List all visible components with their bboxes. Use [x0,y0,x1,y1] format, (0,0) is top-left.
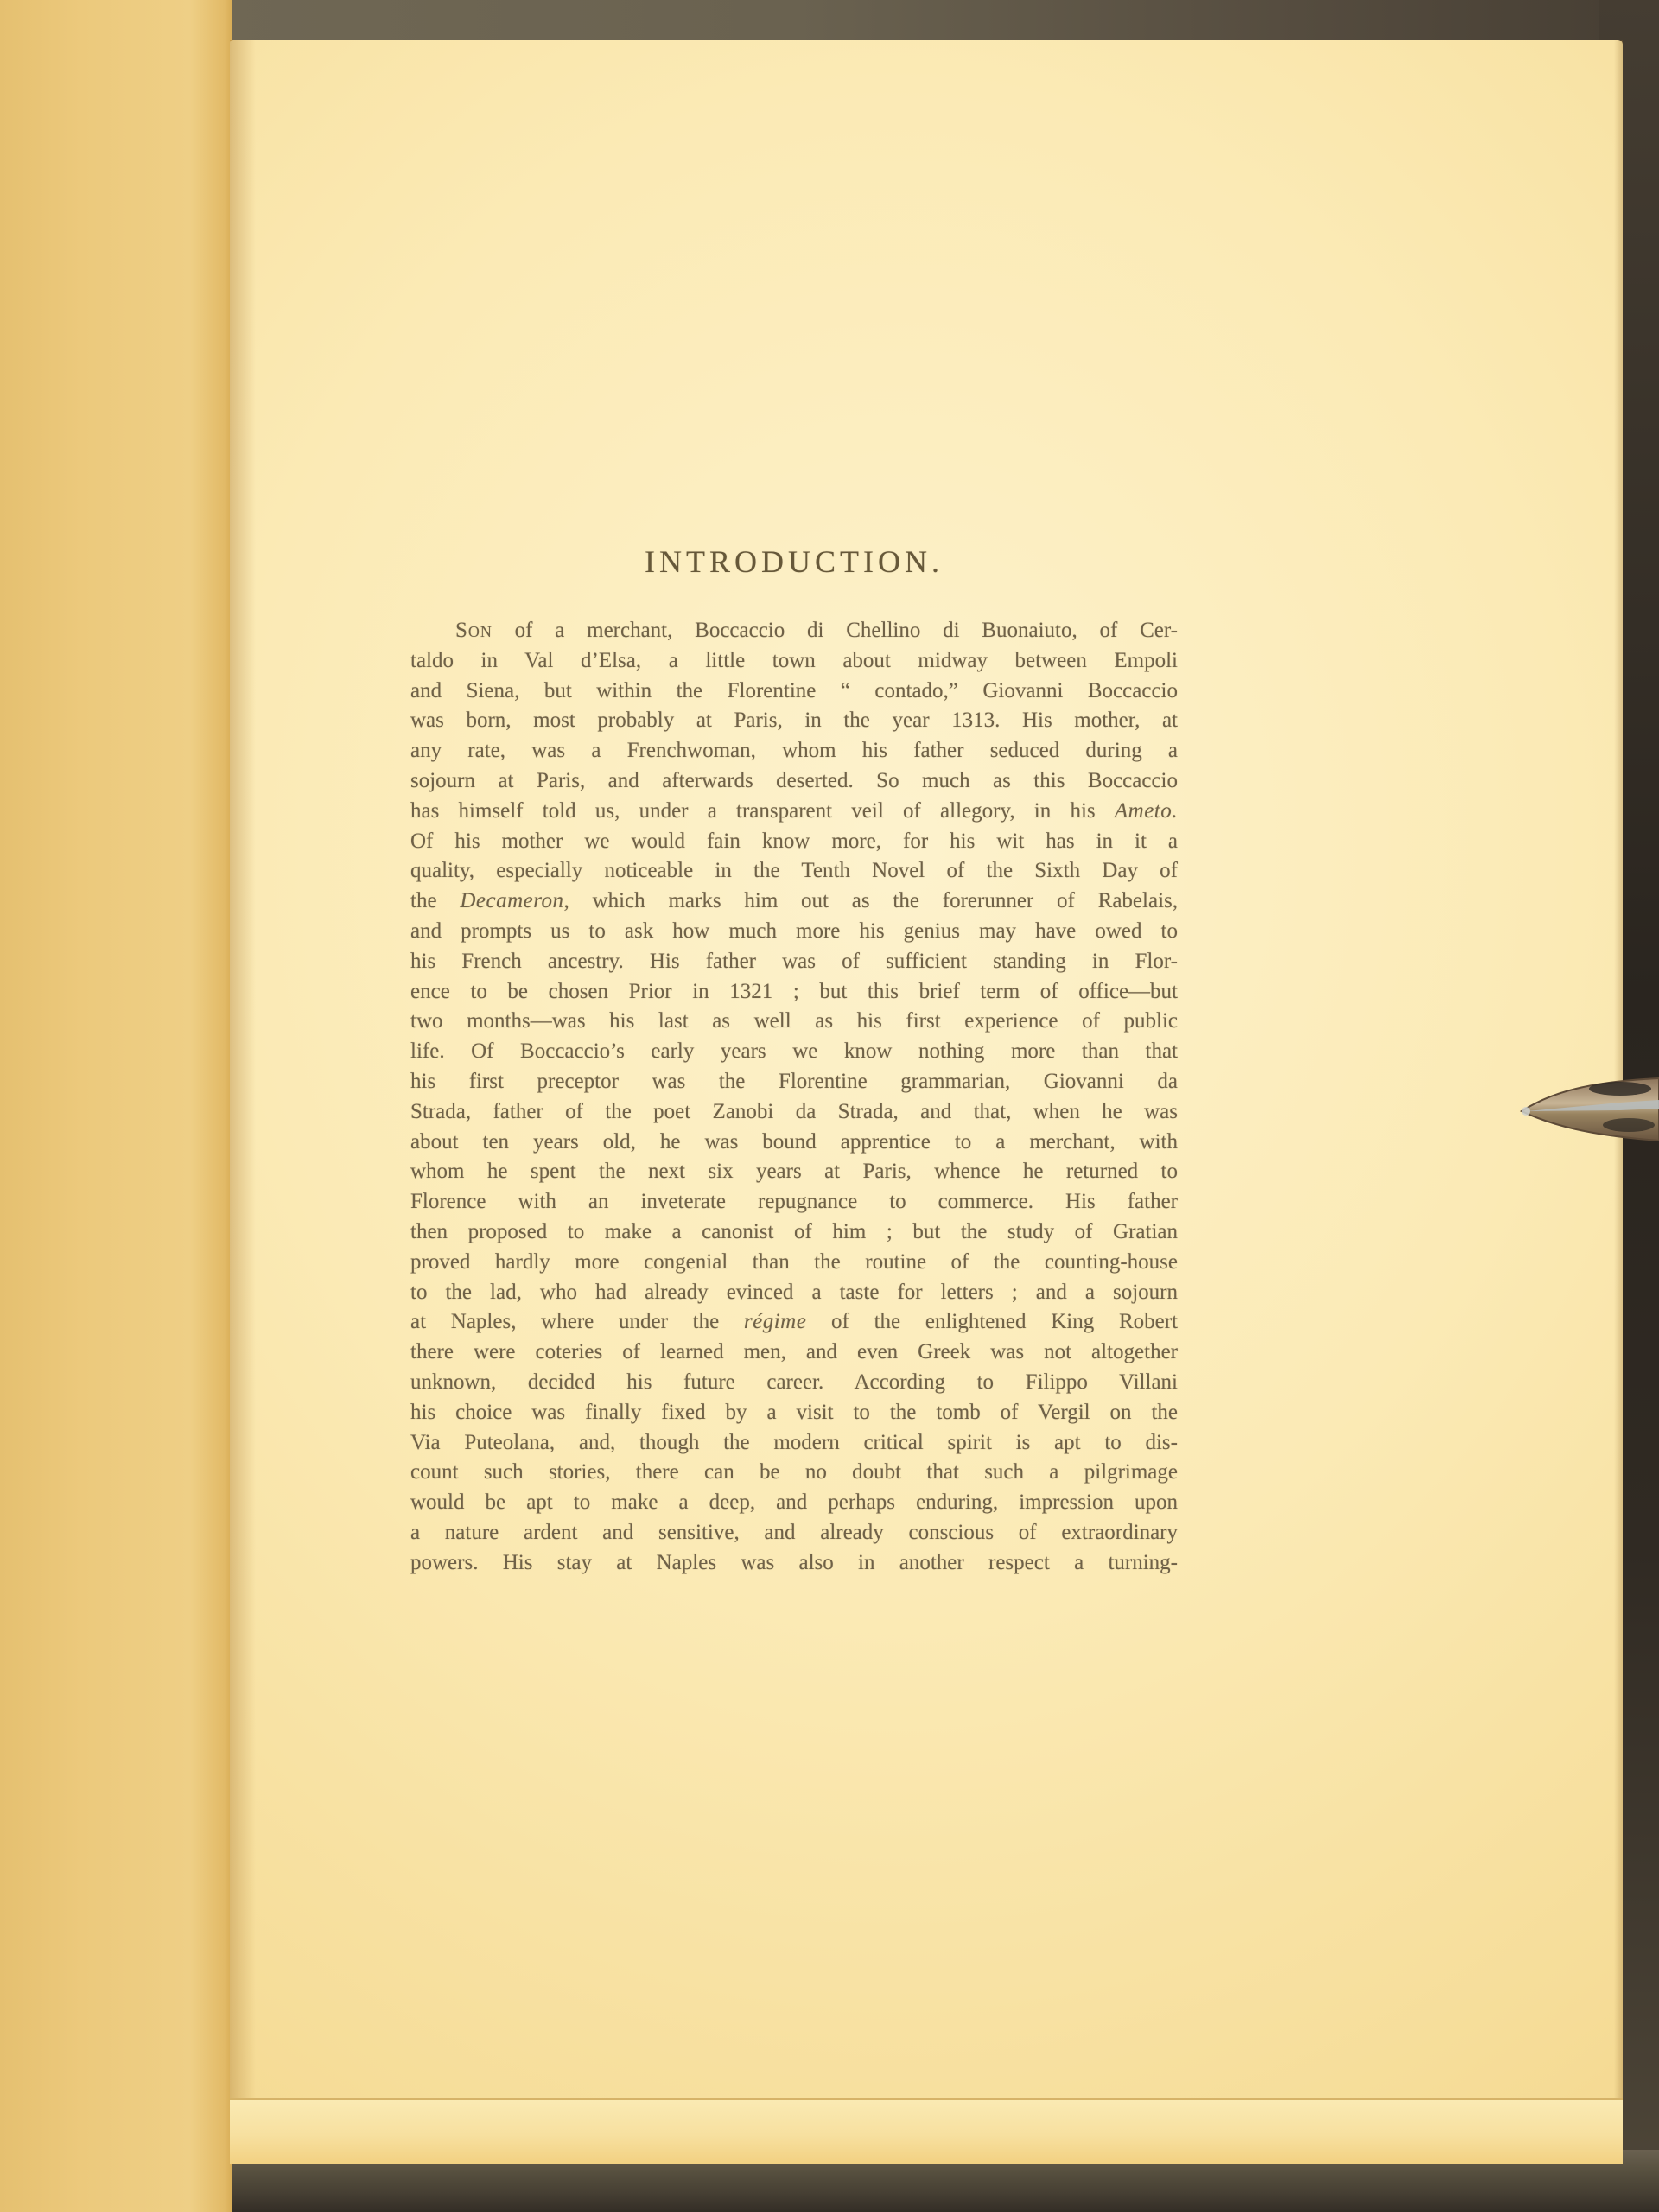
text-line: unknown, decided his future career. Acco… [410,1368,1178,1398]
text-line: Strada, father of the poet Zanobi da Str… [410,1097,1178,1128]
text-line: was born, most probably at Paris, in the… [410,706,1178,736]
text-line: there were coteries of learned men, and … [410,1338,1178,1368]
text-line: taldo in Val d’Elsa, a little town about… [410,646,1178,677]
text-line: the Decameron, which marks him out as th… [410,887,1178,917]
text-line: and prompts us to ask how much more his … [410,917,1178,947]
text-line: ence to be chosen Prior in 1321 ; but th… [410,977,1178,1007]
text-block: INTRODUCTION. Son of a merchant, Boccacc… [410,543,1178,1579]
pen-nib [1518,1070,1659,1153]
text-line: Of his mother we would fain know more, f… [410,827,1178,857]
text-line: at Naples, where under the régime of the… [410,1307,1178,1338]
text-line: sojourn at Paris, and afterwards deserte… [410,766,1178,797]
text-line: then proposed to make a canonist of him … [410,1217,1178,1248]
text-line: his French ancestry. His father was of s… [410,947,1178,977]
page-bottom-crease [230,2098,1623,2164]
text-line: about ten years old, he was bound appren… [410,1128,1178,1158]
text-line: Florence with an inveterate repugnance t… [410,1187,1178,1217]
text-line: to the lad, who had already evinced a ta… [410,1278,1178,1308]
text-line: a nature ardent and sensitive, and alrea… [410,1518,1178,1548]
book-photo: { "page": { "heading": "INTRODUCTION.", … [0,0,1659,2212]
text-line: his choice was finally fixed by a visit … [410,1398,1178,1428]
gutter-shadow [230,40,256,2162]
text-line: life. Of Boccaccio’s early years we know… [410,1037,1178,1067]
text-line: any rate, was a Frenchwoman, whom his fa… [410,736,1178,766]
text-line: and Siena, but within the Florentine “ c… [410,677,1178,707]
text-line: Via Puteolana, and, though the modern cr… [410,1428,1178,1459]
text-line: would be apt to make a deep, and perhaps… [410,1488,1178,1518]
chapter-heading: INTRODUCTION. [410,543,1178,581]
text-line: proved hardly more congenial than the ro… [410,1248,1178,1278]
left-page [0,0,232,2212]
text-line: his first preceptor was the Florentine g… [410,1067,1178,1097]
text-line: quality, especially noticeable in the Te… [410,856,1178,887]
text-line: two months—was his last as well as his f… [410,1007,1178,1037]
text-line: Son of a merchant, Boccaccio di Chellino… [410,616,1178,646]
text-line: whom he spent the next six years at Pari… [410,1157,1178,1187]
text-line: count such stories, there can be no doub… [410,1458,1178,1488]
text-line: has himself told us, under a transparent… [410,797,1178,827]
text-line: powers. His stay at Naples was also in a… [410,1548,1178,1579]
introduction-paragraph: Son of a merchant, Boccaccio di Chellino… [410,616,1178,1579]
